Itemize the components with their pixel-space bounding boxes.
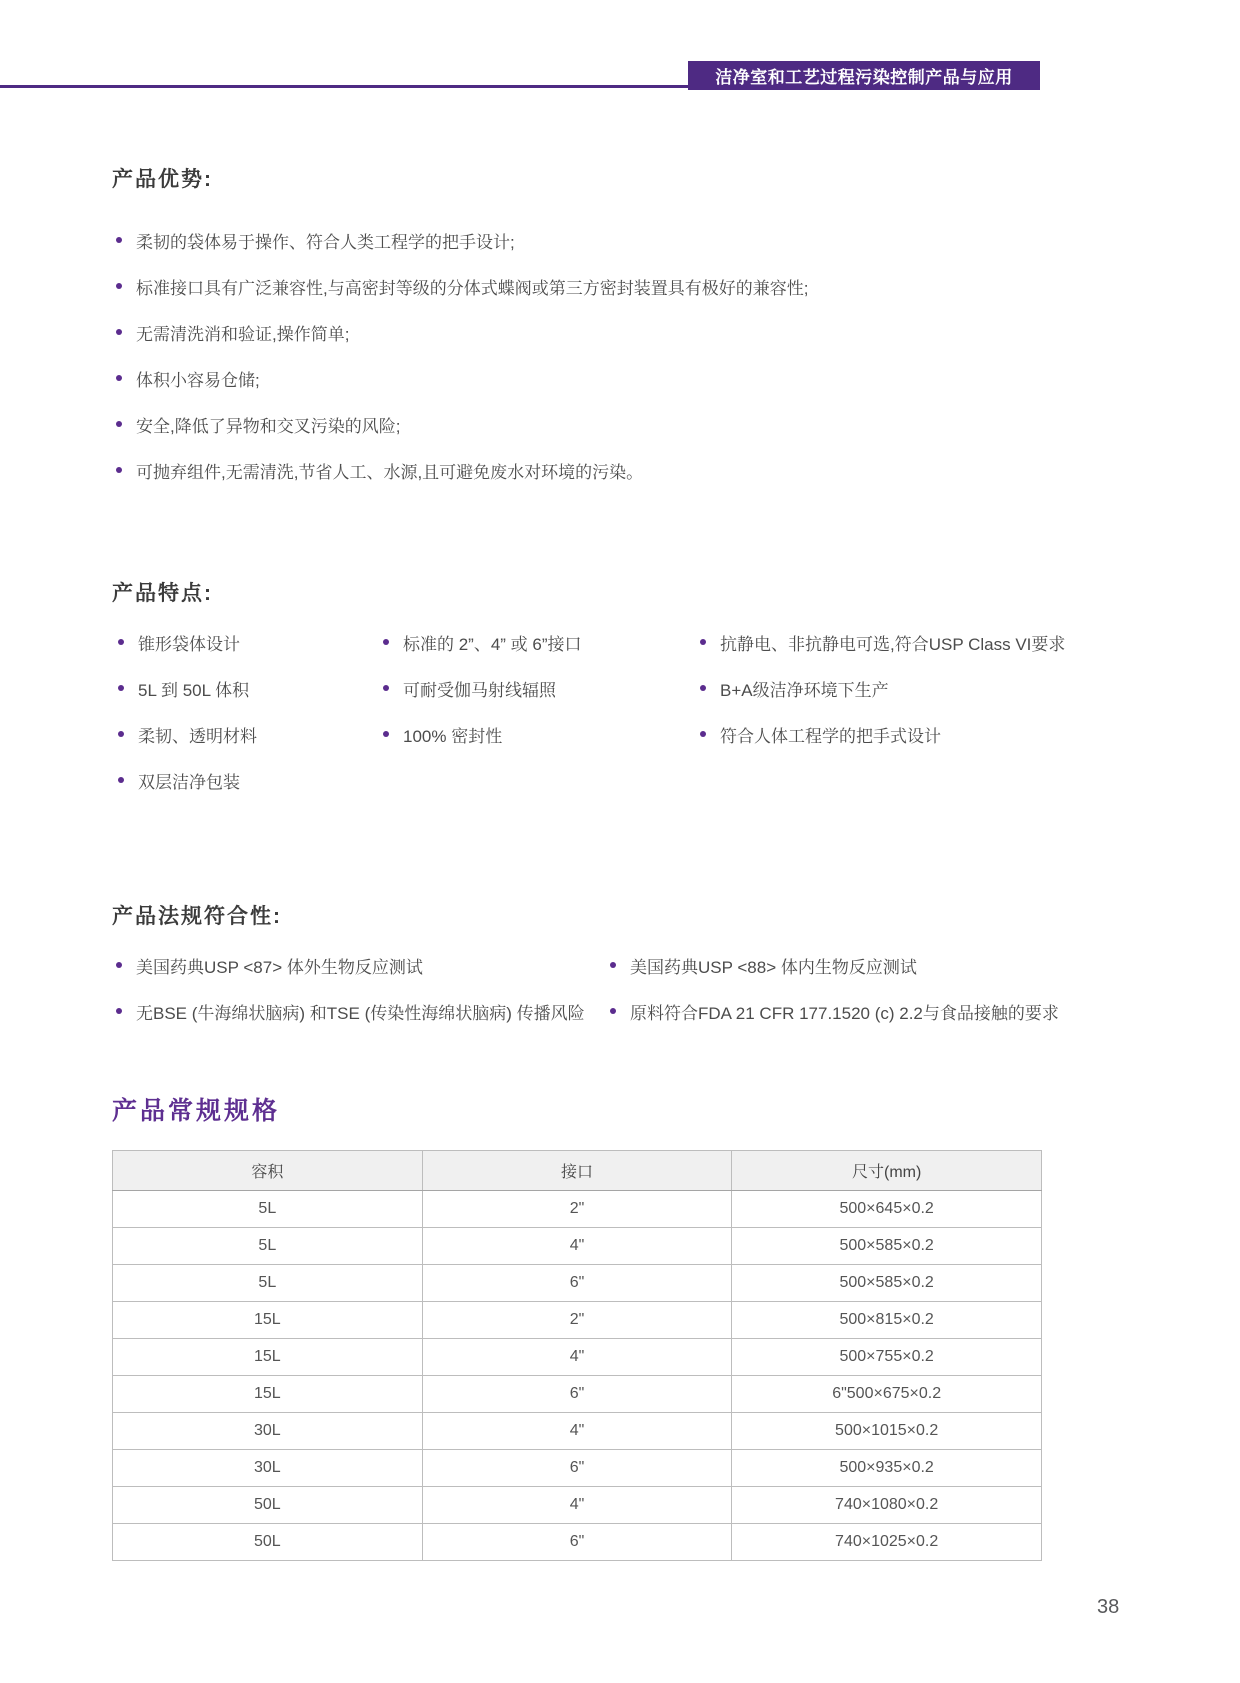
bullet-icon [118, 731, 124, 737]
volume-cell: 15L [113, 1302, 423, 1339]
table-row: 30L 6" 500×935×0.2 [113, 1450, 1042, 1487]
list-item: 美国药典USP <88> 体内生物反应测试 [610, 942, 1059, 988]
table-row: 30L 4" 500×1015×0.2 [113, 1413, 1042, 1450]
header-banner-text: 洁净室和工艺过程污染控制产品与应用 [715, 63, 1013, 88]
port-cell: 2" [422, 1302, 732, 1339]
list-item: 美国药典USP <87> 体外生物反应测试 [116, 942, 585, 988]
bullet-text: 锥形袋体设计 [138, 630, 240, 655]
volume-cell: 5L [113, 1191, 423, 1228]
list-item: 符合人体工程学的把手式设计 [700, 711, 1065, 757]
volume-cell: 15L [113, 1376, 423, 1413]
volume-cell: 5L [113, 1265, 423, 1302]
spec-col-header: 尺寸(mm) [732, 1151, 1042, 1191]
dimensions-cell: 500×935×0.2 [732, 1450, 1042, 1487]
list-item: 无BSE (牛海绵状脑病) 和TSE (传染性海绵状脑病) 传播风险 [116, 988, 585, 1034]
list-item: 锥形袋体设计 [118, 619, 257, 665]
bullet-text: 无需清洗消和验证,操作简单; [136, 320, 349, 345]
bullet-text: 双层洁净包装 [138, 768, 240, 793]
compliance-column-2: 美国药典USP <88> 体内生物反应测试 原料符合FDA 21 CFR 177… [610, 942, 1059, 1034]
bullet-icon [116, 375, 122, 381]
dimensions-cell: 500×645×0.2 [732, 1191, 1042, 1228]
advantages-list: 柔韧的袋体易于操作、符合人类工程学的把手设计; 标准接口具有广泛兼容性,与高密封… [116, 217, 808, 493]
port-cell: 6" [422, 1376, 732, 1413]
features-column-3: 抗静电、非抗静电可选,符合USP Class VI要求 B+A级洁净环境下生产 … [700, 619, 1065, 757]
volume-cell: 30L [113, 1413, 423, 1450]
bullet-text: 可抛弃组件,无需清洗,节省人工、水源,且可避免废水对环境的污染。 [136, 458, 643, 483]
bullet-text: 柔韧的袋体易于操作、符合人类工程学的把手设计; [136, 228, 515, 253]
header-rule [0, 85, 690, 88]
volume-cell: 50L [113, 1487, 423, 1524]
dimensions-cell: 500×815×0.2 [732, 1302, 1042, 1339]
dimensions-cell: 6"500×675×0.2 [732, 1376, 1042, 1413]
table-row: 15L 6" 6"500×675×0.2 [113, 1376, 1042, 1413]
bullet-icon [116, 1008, 122, 1014]
bullet-icon [116, 467, 122, 473]
bullet-icon [118, 639, 124, 645]
compliance-title: 产品法规符合性: [112, 900, 282, 930]
list-item: 标准接口具有广泛兼容性,与高密封等级的分体式蝶阀或第三方密封装置具有极好的兼容性… [116, 263, 808, 309]
list-item: 安全,降低了异物和交叉污染的风险; [116, 401, 808, 447]
dimensions-cell: 740×1080×0.2 [732, 1487, 1042, 1524]
dimensions-cell: 500×1015×0.2 [732, 1413, 1042, 1450]
table-row: 5L 2" 500×645×0.2 [113, 1191, 1042, 1228]
bullet-text: 柔韧、透明材料 [138, 722, 257, 747]
specs-title: 产品常规规格 [112, 1091, 280, 1127]
bullet-text: B+A级洁净环境下生产 [720, 676, 889, 701]
list-item: 双层洁净包装 [118, 757, 257, 803]
features-column-1: 锥形袋体设计 5L 到 50L 体积 柔韧、透明材料 双层洁净包装 [118, 619, 257, 803]
port-cell: 6" [422, 1524, 732, 1561]
port-cell: 4" [422, 1487, 732, 1524]
port-cell: 6" [422, 1450, 732, 1487]
list-item: 可抛弃组件,无需清洗,节省人工、水源,且可避免废水对环境的污染。 [116, 447, 808, 493]
bullet-icon [383, 731, 389, 737]
list-item: 可耐受伽马射线辐照 [383, 665, 582, 711]
bullet-text: 无BSE (牛海绵状脑病) 和TSE (传染性海绵状脑病) 传播风险 [136, 999, 585, 1024]
header-banner: 洁净室和工艺过程污染控制产品与应用 [688, 61, 1040, 90]
bullet-icon [383, 685, 389, 691]
list-item: 原料符合FDA 21 CFR 177.1520 (c) 2.2与食品接触的要求 [610, 988, 1059, 1034]
port-cell: 4" [422, 1339, 732, 1376]
catalog-page: 洁净室和工艺过程污染控制产品与应用 产品优势: 柔韧的袋体易于操作、符合人类工程… [0, 0, 1240, 1683]
list-item: 柔韧的袋体易于操作、符合人类工程学的把手设计; [116, 217, 808, 263]
port-cell: 6" [422, 1265, 732, 1302]
list-item: 标准的 2”、4” 或 6”接口 [383, 619, 582, 665]
bullet-text: 美国药典USP <88> 体内生物反应测试 [630, 953, 917, 978]
spec-table: 容积 接口 尺寸(mm) 5L 2" 500×645×0.2 5L 4" 500… [112, 1150, 1042, 1561]
spec-col-header: 接口 [422, 1151, 732, 1191]
bullet-text: 原料符合FDA 21 CFR 177.1520 (c) 2.2与食品接触的要求 [630, 999, 1059, 1024]
bullet-icon [610, 962, 616, 968]
bullet-text: 抗静电、非抗静电可选,符合USP Class VI要求 [720, 630, 1065, 655]
list-item: 体积小容易仓储; [116, 355, 808, 401]
bullet-text: 标准的 2”、4” 或 6”接口 [403, 630, 582, 655]
bullet-icon [116, 237, 122, 243]
bullet-text: 美国药典USP <87> 体外生物反应测试 [136, 953, 423, 978]
table-row: 5L 4" 500×585×0.2 [113, 1228, 1042, 1265]
spec-col-header: 容积 [113, 1151, 423, 1191]
bullet-icon [116, 421, 122, 427]
table-row: 15L 2" 500×815×0.2 [113, 1302, 1042, 1339]
list-item: B+A级洁净环境下生产 [700, 665, 1065, 711]
port-cell: 4" [422, 1413, 732, 1450]
port-cell: 4" [422, 1228, 732, 1265]
bullet-icon [118, 777, 124, 783]
compliance-column-1: 美国药典USP <87> 体外生物反应测试 无BSE (牛海绵状脑病) 和TSE… [116, 942, 585, 1034]
bullet-icon [700, 685, 706, 691]
advantages-title: 产品优势: [112, 163, 213, 193]
volume-cell: 15L [113, 1339, 423, 1376]
list-item: 100% 密封性 [383, 711, 582, 757]
bullet-text: 体积小容易仓储; [136, 366, 260, 391]
table-row: 15L 4" 500×755×0.2 [113, 1339, 1042, 1376]
list-item: 无需清洗消和验证,操作简单; [116, 309, 808, 355]
bullet-icon [610, 1008, 616, 1014]
bullet-text: 安全,降低了异物和交叉污染的风险; [136, 412, 400, 437]
volume-cell: 30L [113, 1450, 423, 1487]
volume-cell: 5L [113, 1228, 423, 1265]
dimensions-cell: 500×585×0.2 [732, 1265, 1042, 1302]
bullet-icon [700, 639, 706, 645]
table-row: 50L 6" 740×1025×0.2 [113, 1524, 1042, 1561]
list-item: 抗静电、非抗静电可选,符合USP Class VI要求 [700, 619, 1065, 665]
port-cell: 2" [422, 1191, 732, 1228]
spec-table-header-row: 容积 接口 尺寸(mm) [113, 1151, 1042, 1191]
bullet-icon [383, 639, 389, 645]
table-row: 50L 4" 740×1080×0.2 [113, 1487, 1042, 1524]
bullet-text: 标准接口具有广泛兼容性,与高密封等级的分体式蝶阀或第三方密封装置具有极好的兼容性… [136, 274, 808, 299]
page-number: 38 [1097, 1596, 1119, 1619]
dimensions-cell: 500×585×0.2 [732, 1228, 1042, 1265]
features-title: 产品特点: [112, 577, 213, 607]
bullet-icon [116, 329, 122, 335]
bullet-text: 100% 密封性 [403, 722, 502, 747]
volume-cell: 50L [113, 1524, 423, 1561]
bullet-icon [116, 962, 122, 968]
table-row: 5L 6" 500×585×0.2 [113, 1265, 1042, 1302]
list-item: 5L 到 50L 体积 [118, 665, 257, 711]
bullet-icon [700, 731, 706, 737]
bullet-text: 可耐受伽马射线辐照 [403, 676, 556, 701]
bullet-icon [118, 685, 124, 691]
dimensions-cell: 500×755×0.2 [732, 1339, 1042, 1376]
bullet-text: 5L 到 50L 体积 [138, 676, 249, 701]
features-column-2: 标准的 2”、4” 或 6”接口 可耐受伽马射线辐照 100% 密封性 [383, 619, 582, 757]
dimensions-cell: 740×1025×0.2 [732, 1524, 1042, 1561]
list-item: 柔韧、透明材料 [118, 711, 257, 757]
bullet-text: 符合人体工程学的把手式设计 [720, 722, 941, 747]
bullet-icon [116, 283, 122, 289]
